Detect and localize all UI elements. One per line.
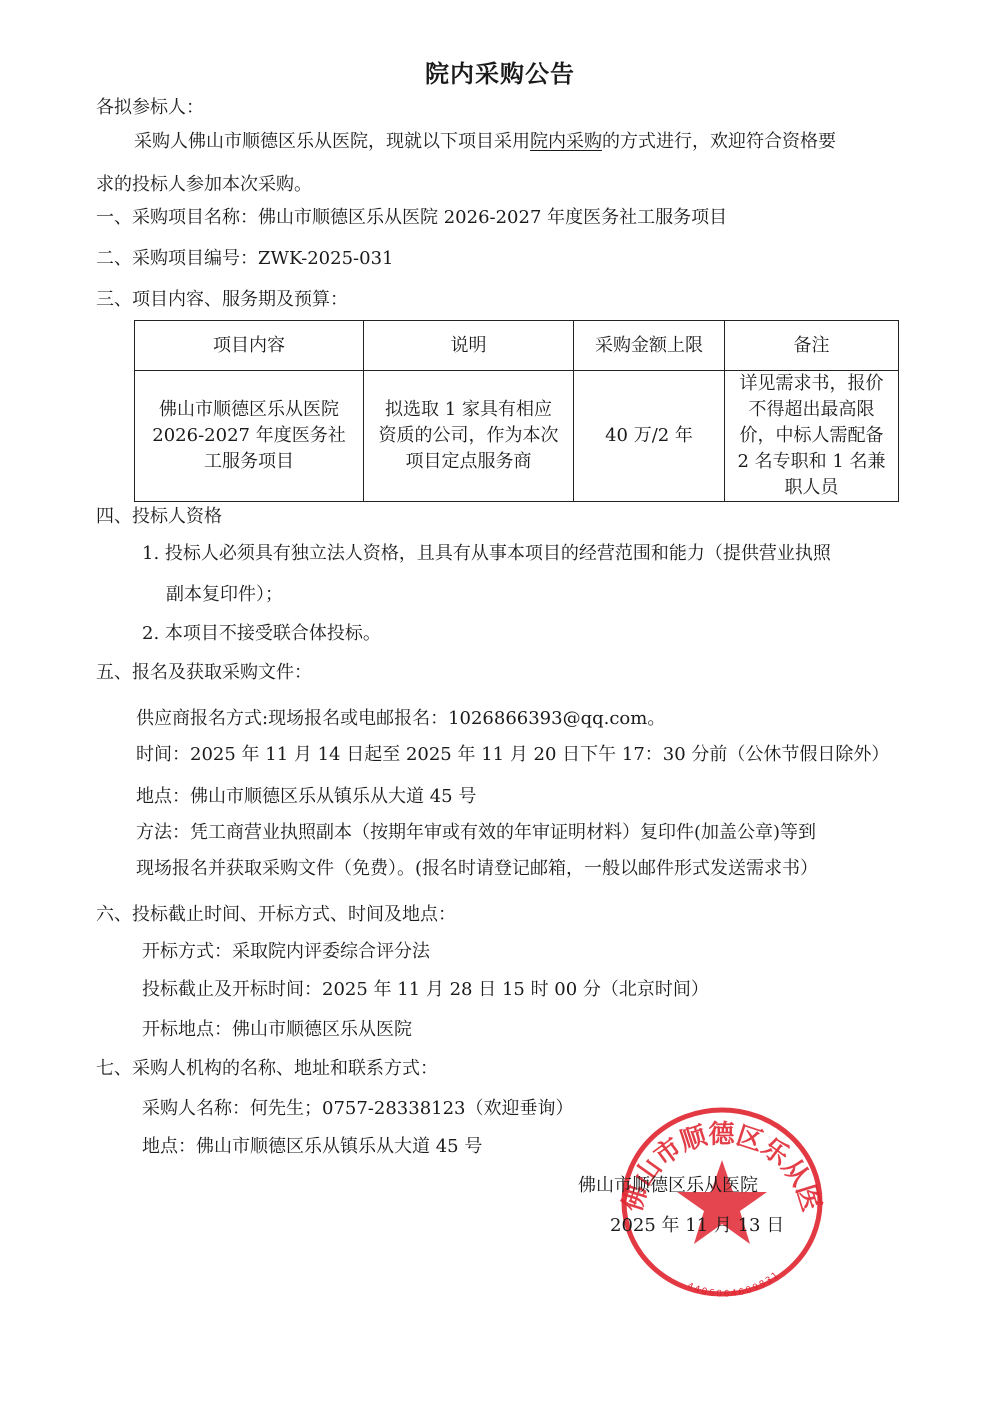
section-4-heading: 四、投标人资格 <box>96 505 222 529</box>
intro-line-2: 求的投标人参加本次采购。 <box>96 173 312 197</box>
registration-method: 供应商报名方式:现场报名或电邮报名：1026866393@qq.com。 <box>136 707 665 731</box>
table-header-row: 项目内容 说明 采购金额上限 备注 <box>135 321 899 371</box>
section-6-heading: 六、投标截止时间、开标方式、时间及地点： <box>96 903 456 927</box>
header-amount: 采购金额上限 <box>574 321 725 371</box>
cell-remarks: 详见需求书，报价不得超出最高限价，中标人需配备 2 名专职和 1 名兼职人员 <box>725 371 899 502</box>
cell-description: 拟选取 1 家具有相应资质的公司，作为本次项目定点服务商 <box>364 371 574 502</box>
intro-underlined-term: 院内采购 <box>530 131 602 152</box>
bidding-deadline: 投标截止及开标时间：2025 年 11 月 28 日 15 时 00 分（北京时… <box>142 978 709 1002</box>
purchaser-address: 地点：佛山市顺德区乐从镇乐从大道 45 号 <box>142 1135 482 1159</box>
qualification-1-line-2: 副本复印件）； <box>166 583 283 607</box>
qualification-1-line-1: 1. 投标人必须具有独立法人资格，且具有从事本项目的经营范围和能力（提供营业执照 <box>142 542 831 566</box>
announcement-page: 院内采购公告 各拟参标人： 采购人佛山市顺德区乐从医院，现就以下项目采用院内采购… <box>0 0 1000 1414</box>
section-5-heading: 五、报名及获取采购文件： <box>96 661 312 685</box>
header-description: 说明 <box>364 321 574 371</box>
signature-organization: 佛山市顺德区乐从医院 <box>578 1171 758 1197</box>
seal-serial: 4406064609831 <box>685 1269 782 1298</box>
registration-time: 时间：2025 年 11 月 14 日起至 2025 年 11 月 20 日下午… <box>136 743 889 767</box>
registration-procedure-line-1: 方法：凭工商营业执照副本（按期年审或有效的年审证明材料）复印件(加盖公章)等到 <box>136 821 816 845</box>
bidding-method: 开标方式：采取院内评委综合评分法 <box>142 940 430 964</box>
header-remarks: 备注 <box>725 321 899 371</box>
official-seal-stamp: 佛山市顺德区乐从医院 4406064609831 <box>612 1098 826 1298</box>
intro-text-before: 采购人佛山市顺德区乐从医院，现就以下项目采用 <box>134 131 530 152</box>
budget-table: 项目内容 说明 采购金额上限 备注 佛山市顺德区乐从医院 2026-2027 年… <box>134 320 899 502</box>
signature-date: 2025 年 11 月 13 日 <box>610 1211 784 1237</box>
registration-location: 地点：佛山市顺德区乐从镇乐从大道 45 号 <box>136 785 476 809</box>
header-content: 项目内容 <box>135 321 364 371</box>
qualification-2: 2. 本项目不接受联合体投标。 <box>142 622 381 646</box>
purchaser-contact: 采购人名称：何先生；0757-28338123（欢迎垂询） <box>142 1097 574 1121</box>
salutation: 各拟参标人： <box>96 96 204 120</box>
table-row: 佛山市顺德区乐从医院 2026-2027 年度医务社工服务项目 拟选取 1 家具… <box>135 371 899 502</box>
cell-content: 佛山市顺德区乐从医院 2026-2027 年度医务社工服务项目 <box>135 371 364 502</box>
cell-amount: 40 万/2 年 <box>574 371 725 502</box>
intro-text-after: 的方式进行，欢迎符合资格要 <box>602 131 836 152</box>
intro-line-1: 采购人佛山市顺德区乐从医院，现就以下项目采用院内采购的方式进行，欢迎符合资格要 <box>134 130 836 154</box>
section-7-heading: 七、采购人机构的名称、地址和联系方式： <box>96 1057 438 1081</box>
page-title: 院内采购公告 <box>0 54 1000 89</box>
section-2-project-number: 二、采购项目编号：ZWK-2025-031 <box>96 247 393 271</box>
section-1-project-name: 一、采购项目名称：佛山市顺德区乐从医院 2026-2027 年度医务社工服务项目 <box>96 206 727 230</box>
section-3-heading: 三、项目内容、服务期及预算： <box>96 288 348 312</box>
bidding-venue: 开标地点：佛山市顺德区乐从医院 <box>142 1018 412 1042</box>
registration-procedure-line-2: 现场报名并获取采购文件（免费）。(报名时请登记邮箱，一般以邮件形式发送需求书） <box>136 857 818 881</box>
svg-text:4406064609831: 4406064609831 <box>685 1269 782 1298</box>
